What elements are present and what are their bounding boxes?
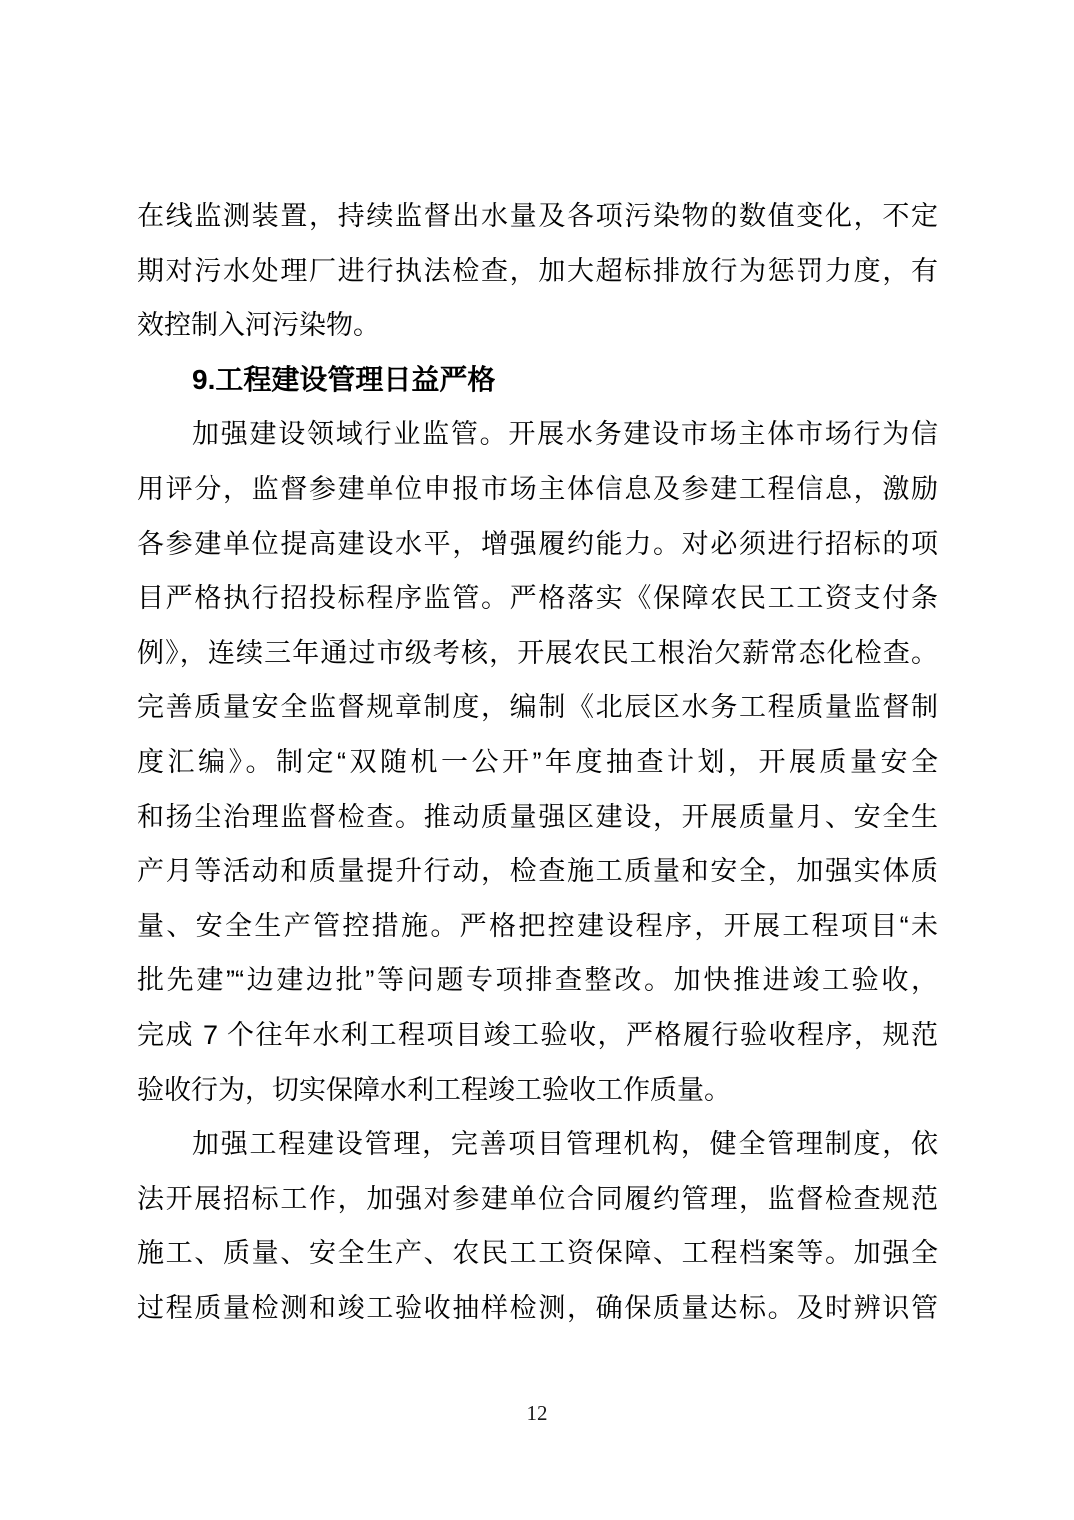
text-line: 施工、质量、安全生产、农民工工资保障、工程档案等。加强全 <box>137 1226 938 1281</box>
text-line: 量、安全生产管控措施。严格把控建设程序，开展工程项目“未 <box>137 899 938 954</box>
text-line: 过程质量检测和竣工验收抽样检测，确保质量达标。及时辨识管 <box>137 1281 938 1336</box>
text-line: 例》，连续三年通过市级考核，开展农民工根治欠薪常态化检查。 <box>137 626 938 681</box>
text-line: 度汇编》。制定“双随机一公开”年度抽查计划，开展质量安全 <box>137 735 938 790</box>
page-number: 12 <box>527 1401 548 1425</box>
text-line: 批先建”“边建边批”等问题专项排查整改。加快推进竣工验收， <box>137 953 938 1008</box>
page-footer: 12 <box>0 1401 1074 1426</box>
text-line: 完善质量安全监督规章制度，编制《北辰区水务工程质量监督制 <box>137 680 938 735</box>
text-line: 目严格执行招投标程序监管。严格落实《保障农民工工资支付条 <box>137 571 938 626</box>
text-line: 期对污水处理厂进行执法检查，加大超标排放行为惩罚力度，有 <box>137 244 938 299</box>
text-line: 效控制入河污染物。 <box>137 298 938 353</box>
document-page: 在线监测装置，持续监督出水量及各项污染物的数值变化，不定期对污水处理厂进行执法检… <box>0 0 1074 1520</box>
text-line: 在线监测装置，持续监督出水量及各项污染物的数值变化，不定 <box>137 189 938 244</box>
text-line: 各参建单位提高建设水平，增强履约能力。对必须进行招标的项 <box>137 517 938 572</box>
text-line: 完成 7 个往年水利工程项目竣工验收，严格履行验收程序，规范 <box>137 1008 938 1063</box>
text-line: 加强建设领域行业监管。开展水务建设市场主体市场行为信 <box>137 407 938 462</box>
text-line: 产月等活动和质量提升行动，检查施工质量和安全，加强实体质 <box>137 844 938 899</box>
text-line: 法开展招标工作，加强对参建单位合同履约管理，监督检查规范 <box>137 1172 938 1227</box>
text-line: 加强工程建设管理，完善项目管理机构，健全管理制度，依 <box>137 1117 938 1172</box>
text-line: 用评分，监督参建单位申报市场主体信息及参建工程信息，激励 <box>137 462 938 517</box>
document-body: 在线监测装置，持续监督出水量及各项污染物的数值变化，不定期对污水处理厂进行执法检… <box>137 189 938 1335</box>
text-line: 和扬尘治理监督检查。推动质量强区建设，开展质量月、安全生 <box>137 790 938 845</box>
text-line: 验收行为，切实保障水利工程竣工验收工作质量。 <box>137 1063 938 1118</box>
section-heading: 9.工程建设管理日益严格 <box>137 353 938 408</box>
